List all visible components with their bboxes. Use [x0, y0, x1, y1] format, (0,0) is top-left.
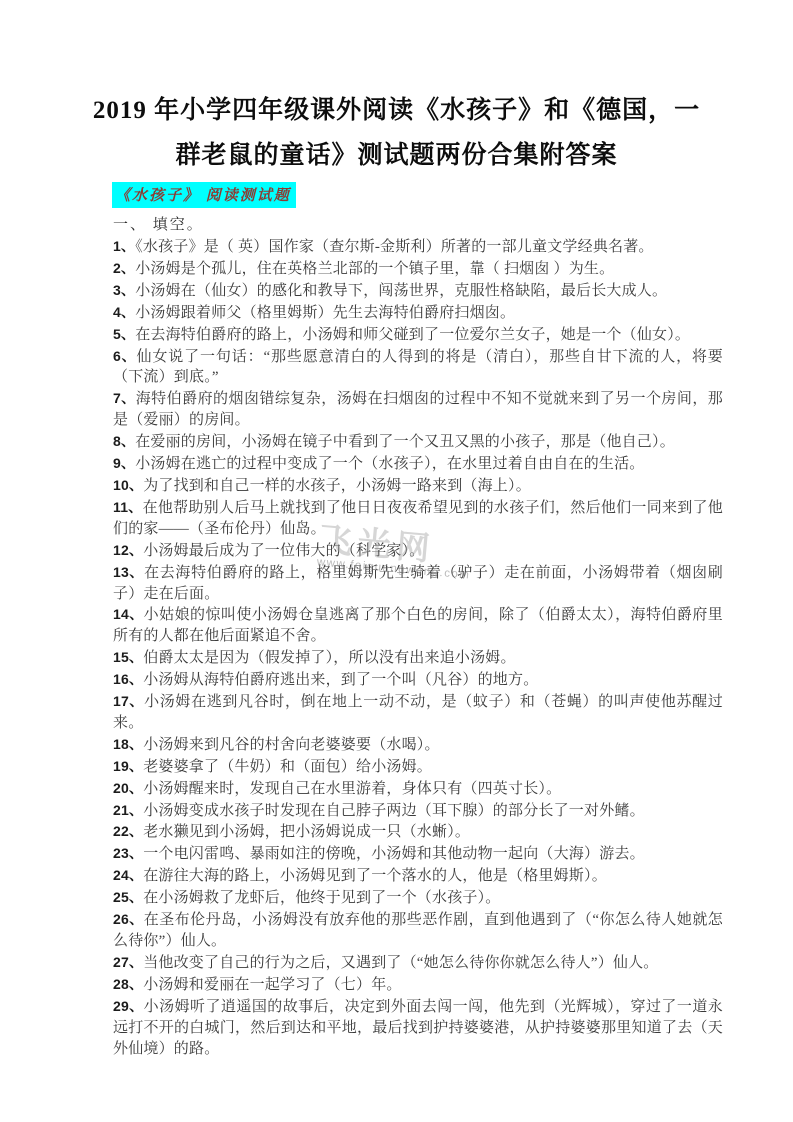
question-number: 14、	[113, 606, 144, 622]
question-number: 2、	[113, 260, 135, 276]
question-item: 21、小汤姆变成水孩子时发现在自己脖子两边（耳下腺）的部分长了一对外鳍。	[113, 800, 723, 822]
question-item: 3、小汤姆在（仙女）的感化和教导下，闯荡世界，克服性格缺陷，最后长大成人。	[113, 280, 723, 302]
question-item: 27、当他改变了自己的行为之后，又遇到了（“她怎么待你你就怎么待人”）仙人。	[113, 952, 723, 974]
question-number: 7、	[113, 390, 136, 406]
page-title: 2019 年小学四年级课外阅读《水孩子》和《德国，一 群老鼠的童话》测试题两份合…	[58, 88, 735, 178]
question-text: 在去海特伯爵府的路上，格里姆斯先生骑着（驴子）走在前面，小汤姆带着（烟囱刷子）走…	[113, 565, 723, 602]
question-text: 小汤姆变成水孩子时发现在自己脖子两边（耳下腺）的部分长了一对外鳍。	[143, 803, 645, 819]
question-text: 在圣布伦丹岛，小汤姆没有放弃他的那些恶作剧，直到他遇到了（“你怎么待人她就怎么待…	[113, 912, 723, 949]
question-text: 为了找到和自己一样的水孩子，小汤姆一路来到（海上）。	[143, 478, 531, 494]
question-number: 27、	[113, 954, 143, 970]
question-item: 11、在他帮助别人后马上就找到了他日日夜夜希望见到的水孩子们，然后他们一同来到了…	[113, 497, 723, 540]
question-number: 24、	[113, 867, 143, 883]
question-number: 11、	[113, 499, 143, 515]
question-item: 9、小汤姆在逃亡的过程中变成了一个（水孩子），在水里过着自由自在的生活。	[113, 453, 723, 475]
question-text: 小汤姆来到凡谷的村舍向老婆婆要（水喝）。	[143, 737, 440, 753]
question-number: 6、	[113, 348, 137, 364]
question-text: 当他改变了自己的行为之后，又遇到了（“她怎么待你你就怎么待人”）仙人。	[143, 955, 658, 971]
question-number: 18、	[113, 736, 143, 752]
document-page: 2019 年小学四年级课外阅读《水孩子》和《德国，一 群老鼠的童话》测试题两份合…	[0, 0, 793, 1122]
page-title-line-2: 群老鼠的童话》测试题两份合集附答案	[58, 133, 735, 178]
question-text: 在小汤姆救了龙虾后，他终于见到了一个（水孩子）。	[143, 890, 500, 906]
question-number: 13、	[113, 564, 144, 580]
question-text: 小汤姆从海特伯爵府逃出来，到了一个叫（凡谷）的地方。	[143, 672, 538, 688]
question-item: 7、海特伯爵府的烟囱错综复杂，汤姆在扫烟囱的过程中不知不觉就来到了另一个房间，那…	[113, 388, 723, 431]
question-text: 小汤姆跟着师父（格里姆斯）先生去海特伯爵府扫烟囱。	[135, 305, 515, 321]
question-number: 19、	[113, 758, 143, 774]
question-text: 小汤姆和爱丽在一起学习了（七）年。	[143, 977, 401, 993]
question-item: 26、在圣布伦丹岛，小汤姆没有放弃他的那些恶作剧，直到他遇到了（“你怎么待人她就…	[113, 909, 723, 952]
question-number: 26、	[113, 911, 144, 927]
question-number: 25、	[113, 889, 143, 905]
question-item: 6、仙女说了一句话：“那些愿意清白的人得到的将是（清白），那些自甘下流的人，将要…	[113, 346, 723, 389]
question-text: 在去海特伯爵府的路上，小汤姆和师父碰到了一位爱尔兰女子，她是一个（仙女）。	[135, 327, 690, 343]
question-number: 15、	[113, 649, 143, 665]
question-number: 22、	[113, 823, 143, 839]
question-text: 老婆婆拿了（牛奶）和（面包）给小汤姆。	[143, 759, 432, 775]
question-item: 29、小汤姆听了逍遥国的故事后，决定到外面去闯一闯，他先到（光辉城），穿过了一道…	[113, 996, 723, 1060]
question-number: 28、	[113, 976, 143, 992]
question-item: 22、老水獭见到小汤姆，把小汤姆说成一只（水蜥）。	[113, 821, 723, 843]
question-number: 4、	[113, 304, 135, 320]
question-text: 一个电闪雷鸣、暴雨如注的傍晚，小汤姆和其他动物一起向（大海）游去。	[143, 846, 645, 862]
question-text: 在爱丽的房间，小汤姆在镜子中看到了一个又丑又黑的小孩子，那是（他自己）。	[135, 434, 675, 450]
question-text: 老水獭见到小汤姆，把小汤姆说成一只（水蜥）。	[143, 824, 470, 840]
question-text: 在游往大海的路上，小汤姆见到了一个落水的人，他是（格里姆斯）。	[143, 868, 607, 884]
question-number: 12、	[113, 542, 143, 558]
question-item: 25、在小汤姆救了龙虾后，他终于见到了一个（水孩子）。	[113, 887, 723, 909]
question-number: 16、	[113, 671, 143, 687]
question-text: 小汤姆在（仙女）的感化和教导下，闯荡世界，克服性格缺陷，最后长大成人。	[135, 283, 667, 299]
question-item: 10、为了找到和自己一样的水孩子，小汤姆一路来到（海上）。	[113, 475, 723, 497]
question-text: 海特伯爵府的烟囱错综复杂，汤姆在扫烟囱的过程中不知不觉就来到了另一个房间，那是（…	[113, 391, 723, 428]
question-text: 小姑娘的惊叫使小汤姆仓皇逃离了那个白色的房间，除了（伯爵太太），海特伯爵府里所有…	[113, 607, 723, 644]
section-header-highlight: 《水孩子》 阅读测试题	[112, 182, 296, 208]
question-text: 仙女说了一句话：“那些愿意清白的人得到的将是（清白），那些自甘下流的人，将要（下…	[113, 349, 723, 386]
fill-in-blank-heading: 一、 填空。	[113, 213, 793, 234]
question-item: 5、在去海特伯爵府的路上，小汤姆和师父碰到了一位爱尔兰女子，她是一个（仙女）。	[113, 324, 723, 346]
question-number: 9、	[113, 455, 135, 471]
question-number: 10、	[113, 477, 143, 493]
question-number: 17、	[113, 693, 144, 709]
question-number: 1、	[113, 238, 135, 254]
question-number: 3、	[113, 282, 135, 298]
question-list: 1、《水孩子》是（ 英）国作家（查尔斯-金斯利）所著的一部儿童文学经典名著。 2…	[113, 236, 723, 1059]
question-item: 19、老婆婆拿了（牛奶）和（面包）给小汤姆。	[113, 756, 723, 778]
question-number: 29、	[113, 998, 144, 1014]
question-number: 8、	[113, 433, 135, 449]
question-text: 在他帮助别人后马上就找到了他日日夜夜希望见到的水孩子们，然后他们一同来到了他们的…	[113, 500, 723, 537]
page-title-line-1: 2019 年小学四年级课外阅读《水孩子》和《德国，一	[58, 88, 735, 133]
question-text: 小汤姆在逃到凡谷时，倒在地上一动不动，是（蚊子）和（苍蝇）的叫声使他苏醒过来。	[113, 694, 723, 731]
question-item: 14、小姑娘的惊叫使小汤姆仓皇逃离了那个白色的房间，除了（伯爵太太），海特伯爵府…	[113, 604, 723, 647]
question-number: 5、	[113, 326, 135, 342]
question-item: 13、在去海特伯爵府的路上，格里姆斯先生骑着（驴子）走在前面，小汤姆带着（烟囱刷…	[113, 562, 723, 605]
question-item: 1、《水孩子》是（ 英）国作家（查尔斯-金斯利）所著的一部儿童文学经典名著。	[113, 236, 723, 258]
question-item: 24、在游往大海的路上，小汤姆见到了一个落水的人，他是（格里姆斯）。	[113, 865, 723, 887]
question-text: 伯爵太太是因为（假发掉了），所以没有出来追小汤姆。	[143, 650, 516, 666]
question-item: 18、小汤姆来到凡谷的村舍向老婆婆要（水喝）。	[113, 734, 723, 756]
question-item: 23、一个电闪雷鸣、暴雨如注的傍晚，小汤姆和其他动物一起向（大海）游去。	[113, 843, 723, 865]
question-number: 23、	[113, 845, 143, 861]
question-item: 16、小汤姆从海特伯爵府逃出来，到了一个叫（凡谷）的地方。	[113, 669, 723, 691]
question-item: 20、小汤姆醒来时，发现自己在水里游着，身体只有（四英寸长）。	[113, 778, 723, 800]
question-item: 4、小汤姆跟着师父（格里姆斯）先生去海特伯爵府扫烟囱。	[113, 302, 723, 324]
question-item: 15、伯爵太太是因为（假发掉了），所以没有出来追小汤姆。	[113, 647, 723, 669]
question-text: 小汤姆最后成为了一位伟大的（科学家）。	[143, 543, 424, 559]
question-number: 20、	[113, 780, 143, 796]
question-item: 12、小汤姆最后成为了一位伟大的（科学家）。	[113, 540, 723, 562]
question-text: 《水孩子》是（ 英）国作家（查尔斯-金斯利）所著的一部儿童文学经典名著。	[135, 239, 653, 255]
question-text: 小汤姆听了逍遥国的故事后，决定到外面去闯一闯，他先到（光辉城），穿过了一道永远打…	[113, 999, 723, 1057]
question-text: 小汤姆在逃亡的过程中变成了一个（水孩子），在水里过着自由自在的生活。	[135, 456, 644, 472]
question-number: 21、	[113, 802, 143, 818]
question-item: 17、小汤姆在逃到凡谷时，倒在地上一动不动，是（蚊子）和（苍蝇）的叫声使他苏醒过…	[113, 691, 723, 734]
question-item: 8、在爱丽的房间，小汤姆在镜子中看到了一个又丑又黑的小孩子，那是（他自己）。	[113, 431, 723, 453]
question-text: 小汤姆是个孤儿，住在英格兰北部的一个镇子里，靠（ 扫烟囱 ）为生。	[135, 261, 614, 277]
question-item: 28、小汤姆和爱丽在一起学习了（七）年。	[113, 974, 723, 996]
question-item: 2、小汤姆是个孤儿，住在英格兰北部的一个镇子里，靠（ 扫烟囱 ）为生。	[113, 258, 723, 280]
question-text: 小汤姆醒来时，发现自己在水里游着，身体只有（四英寸长）。	[143, 781, 561, 797]
